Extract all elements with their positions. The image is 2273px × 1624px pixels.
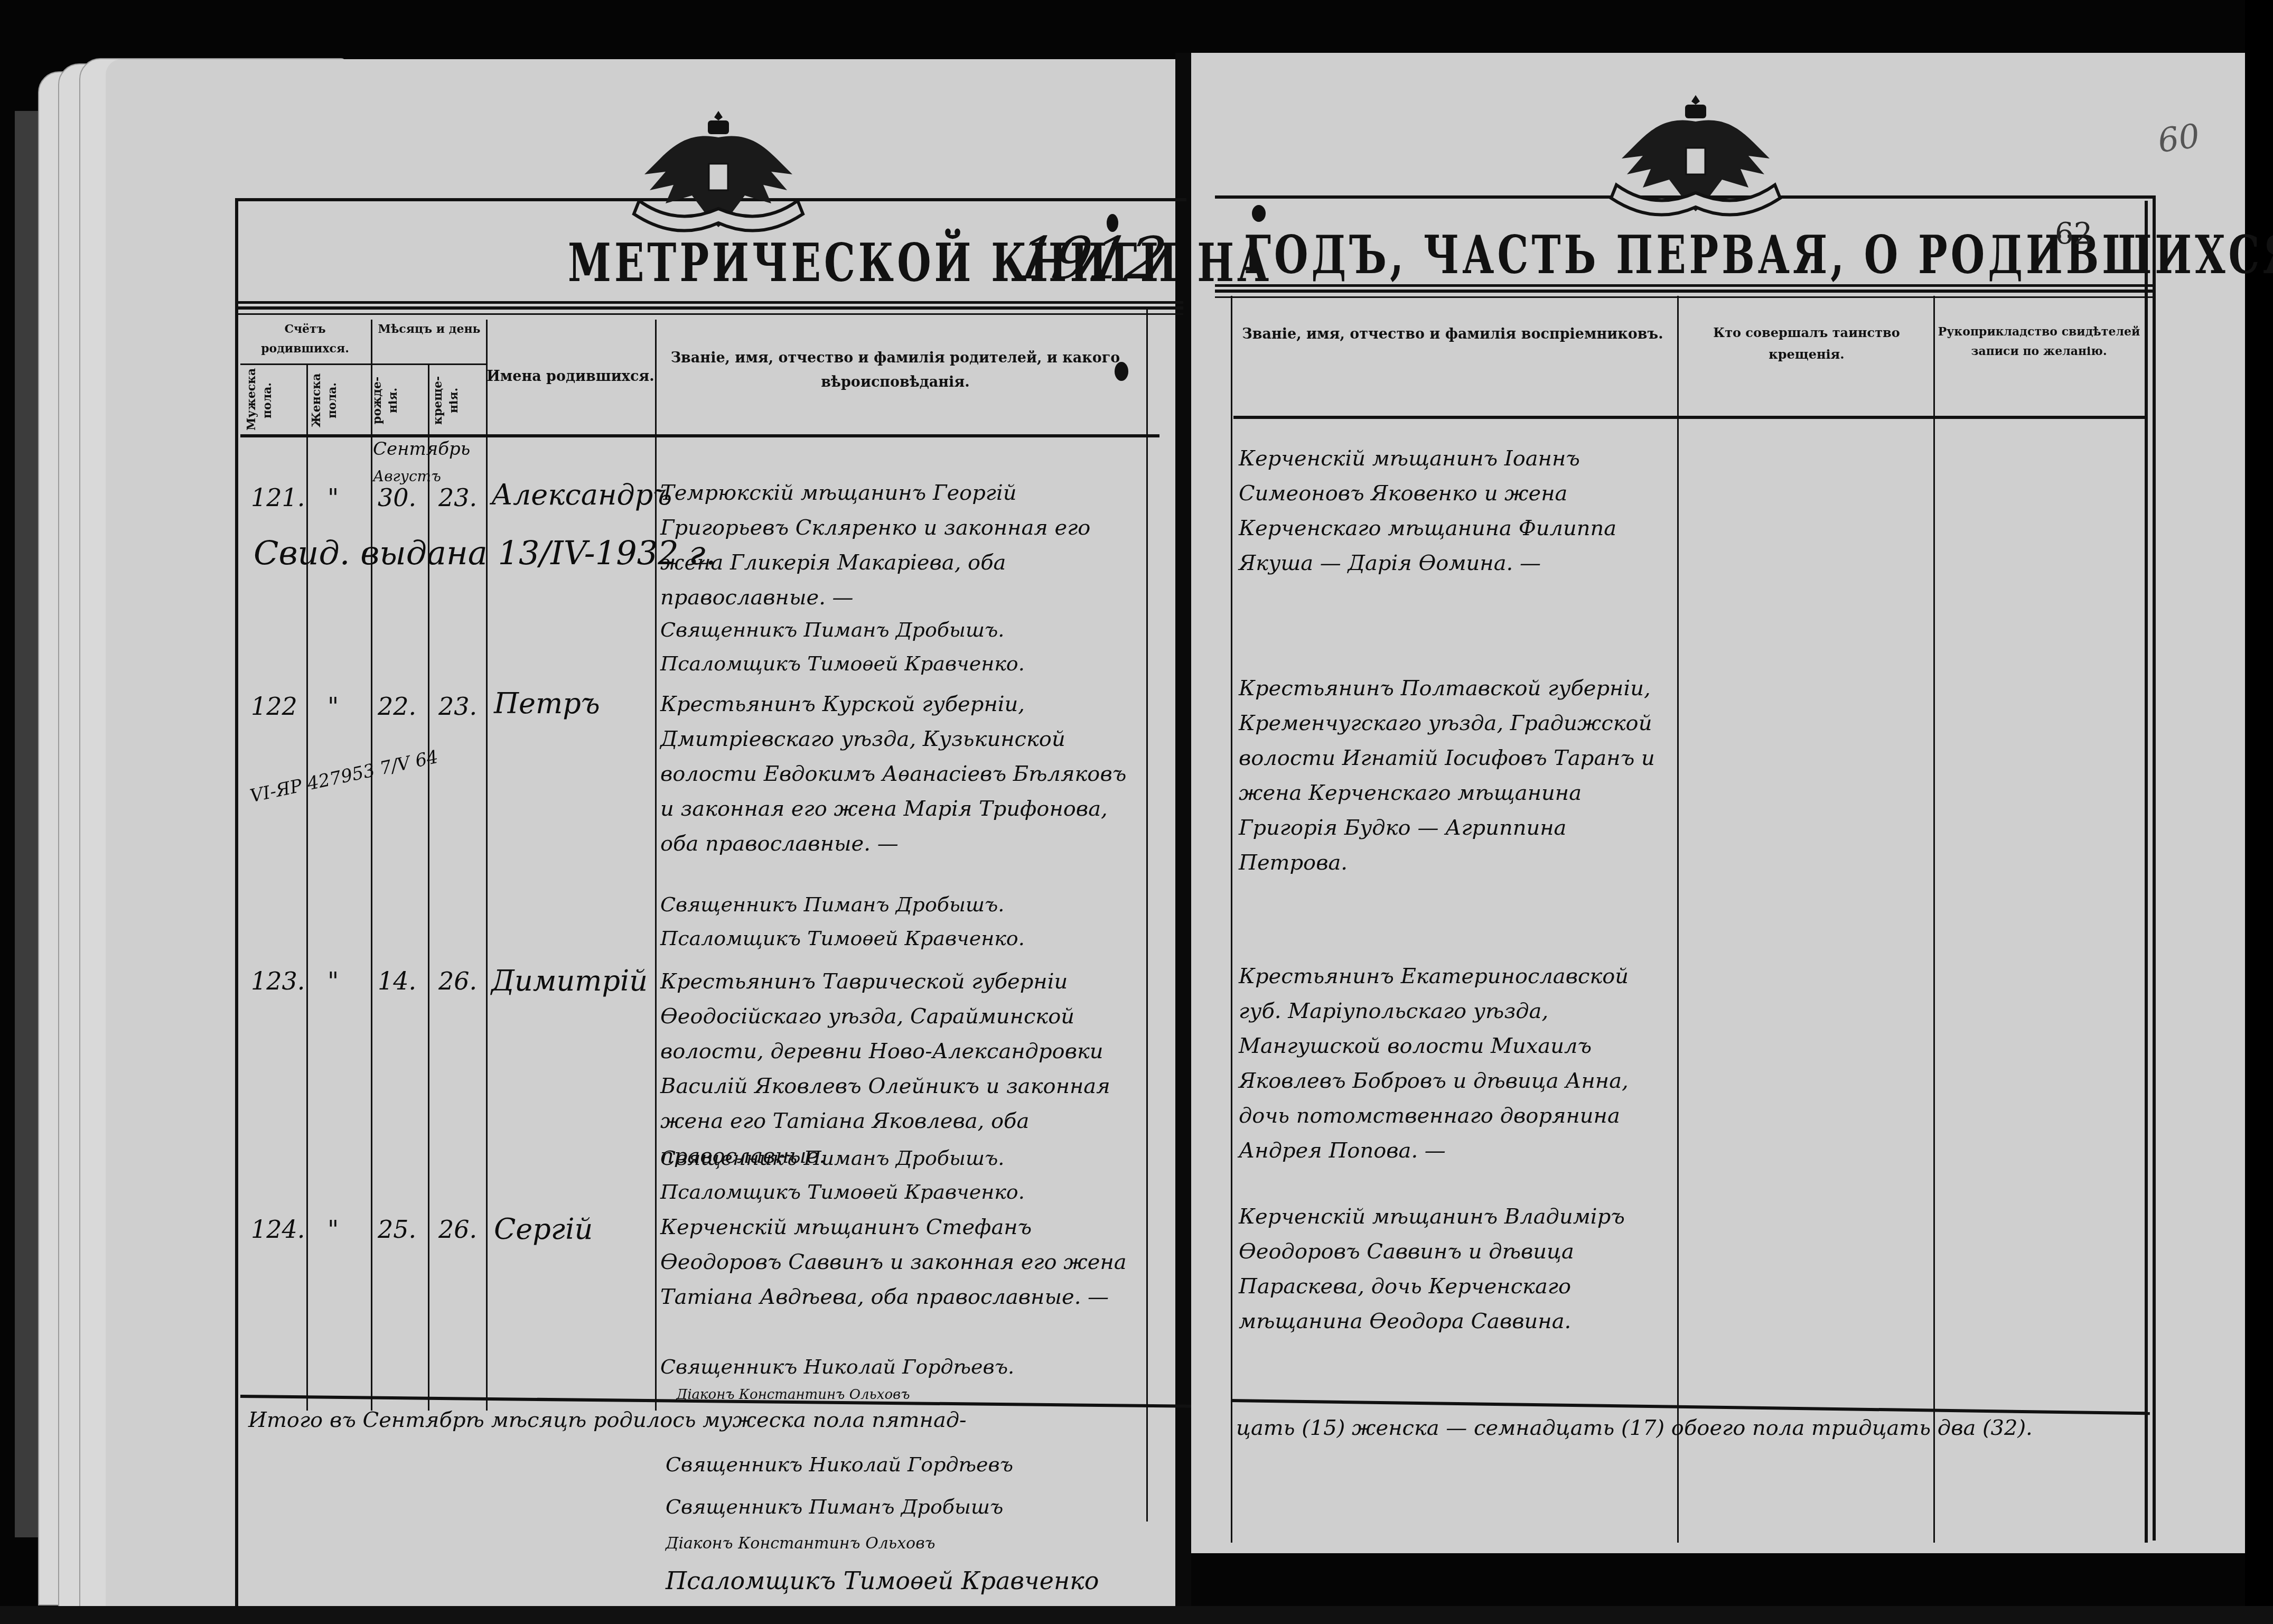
binding-hole [1107, 214, 1118, 232]
col-header-godparents: Званіе, имя, отчество и фамилія воспріем… [1236, 322, 1669, 347]
col-divider [2145, 201, 2148, 1543]
entry-birth-day: 30. [378, 483, 416, 512]
entry-child-name: Александръ [491, 478, 672, 511]
title-right-print: ГОДЪ, ЧАСТЬ ПЕРВАЯ, О РОДИВШИХСЯ. [1244, 225, 2273, 286]
folio-number: 60 [2155, 116, 2202, 160]
entry-baptism-day: 26. [438, 1215, 477, 1244]
entry-parents: Крестьянинъ Курской губерніи, Дмитріевск… [660, 687, 1141, 861]
entry-godparents: Керченскій мѣщанинъ Владиміръ Ѳеодоровъ … [1239, 1199, 1661, 1339]
entry-male-no: 124. [251, 1215, 305, 1244]
col-header-female: Женска пола. [309, 370, 341, 431]
signature-priest-1: Священникъ Николай Гордѣевъ [666, 1448, 1013, 1481]
header-bottom-rule [1233, 416, 2145, 419]
entry-clergy-signature: Священникъ Николай Гордѣевъ. [660, 1350, 1141, 1384]
printed-page-number: 62 [2055, 217, 2092, 251]
scan-bottom-border [0, 1606, 2273, 1624]
entry-male-no: 123. [251, 967, 305, 995]
entry-birth-day: 14. [378, 967, 416, 995]
entry-clergy-signature: Священникъ Пиманъ Дробышъ. Псаломщикъ Ти… [660, 613, 1141, 680]
summary-deacon-line: Діаконъ Константинъ Ольховъ [676, 1387, 910, 1403]
entry-birth-day: 22. [378, 692, 416, 721]
col-header-baptism: креще-нія. [431, 370, 462, 431]
entry-child-name: Петръ [494, 687, 600, 720]
col-header-date-group: Мѣсяцъ и день [372, 320, 486, 339]
header-rule [238, 301, 1183, 315]
entry-parents: Темрюкскій мѣщанинъ Георгій Григорьевъ С… [660, 475, 1141, 615]
month-label-september: Сентябрь [373, 438, 470, 460]
entry-male-no: 121. [251, 483, 305, 512]
entry-godparents: Керченскій мѣщанинъ Іоаннъ Симеоновъ Яко… [1239, 441, 1661, 581]
col-divider [486, 320, 488, 1411]
entry-godparents: Крестьянинъ Полтавской губерніи, Кременч… [1239, 671, 1661, 880]
signature-deacon: Діаконъ Константинъ Ольховъ [666, 1527, 936, 1561]
entry-female-no: " [328, 967, 339, 995]
entry-parents: Керченскій мѣщанинъ Стефанъ Ѳеодоровъ Са… [660, 1210, 1141, 1314]
col-header-witnesses: Рукоприкладство свидѣтелей записи по жел… [1936, 322, 2142, 362]
entry-baptism-day: 23. [438, 692, 477, 721]
entry-female-no: " [328, 692, 339, 721]
col-divider [1146, 306, 1148, 1522]
entry-male-no: 122 [251, 692, 297, 721]
month-label-august: Августъ [373, 468, 441, 485]
entry-clergy-signature: Священникъ Пиманъ Дробышъ. Псаломщикъ Ти… [660, 1141, 1141, 1209]
entry-female-no: " [328, 483, 339, 512]
entry-child-name: Сергій [494, 1212, 593, 1246]
entry-godparents: Крестьянинъ Екатеринославской губ. Маріу… [1239, 959, 1661, 1168]
col-divider [428, 365, 429, 1411]
binding-hole [1252, 205, 1266, 222]
col-header-names: Имена родившихся. [486, 365, 655, 389]
entry-clergy-signature: Священникъ Пиманъ Дробышъ. Псаломщикъ Ти… [660, 888, 1141, 955]
col-divider [1677, 296, 1679, 1543]
col-header-parents: Званіе, имя, отчество и фамилія родителе… [658, 346, 1133, 395]
header-bottom-rule [240, 434, 1159, 437]
imperial-eagle-crest-icon [629, 100, 808, 243]
col-header-male: Мужеска пола. [244, 370, 276, 431]
signature-psalmist: Псаломщикъ Тимоѳей Кравченко [666, 1564, 1099, 1598]
signature-priest-2: Священникъ Пиманъ Дробышъ [666, 1490, 1003, 1524]
summary-text-right: цать (15) женска — семнадцать (17) обоег… [1236, 1416, 2033, 1440]
col-header-birth: рожде-нія. [370, 370, 401, 431]
entry-margin-note: Свид. выдана 13/IV-1932 г. [254, 534, 634, 572]
summary-text-left: Итого въ Сентябрѣ мѣсяцѣ родилось мужеск… [248, 1408, 967, 1432]
entry-female-no: " [328, 1215, 339, 1244]
col-header-performed-by: Кто совершалъ таинство крещенія. [1680, 322, 1933, 366]
header-rule [1215, 284, 2153, 298]
col-divider [1231, 296, 1232, 1543]
entry-baptism-day: 23. [438, 483, 477, 512]
binding-hole [1115, 362, 1128, 381]
entry-birth-day: 25. [378, 1215, 416, 1244]
entry-baptism-day: 26. [438, 967, 477, 995]
col-header-count-group: Счётъ родившихся. [240, 320, 370, 359]
year-handwritten: 1912 [1009, 225, 1172, 292]
col-divider [1933, 296, 1935, 1543]
col-divider [371, 320, 372, 1411]
entry-child-name: Димитрій [491, 964, 648, 997]
imperial-eagle-crest-icon [1606, 85, 1785, 227]
header-subdivider [240, 363, 486, 365]
col-divider [306, 365, 308, 1411]
